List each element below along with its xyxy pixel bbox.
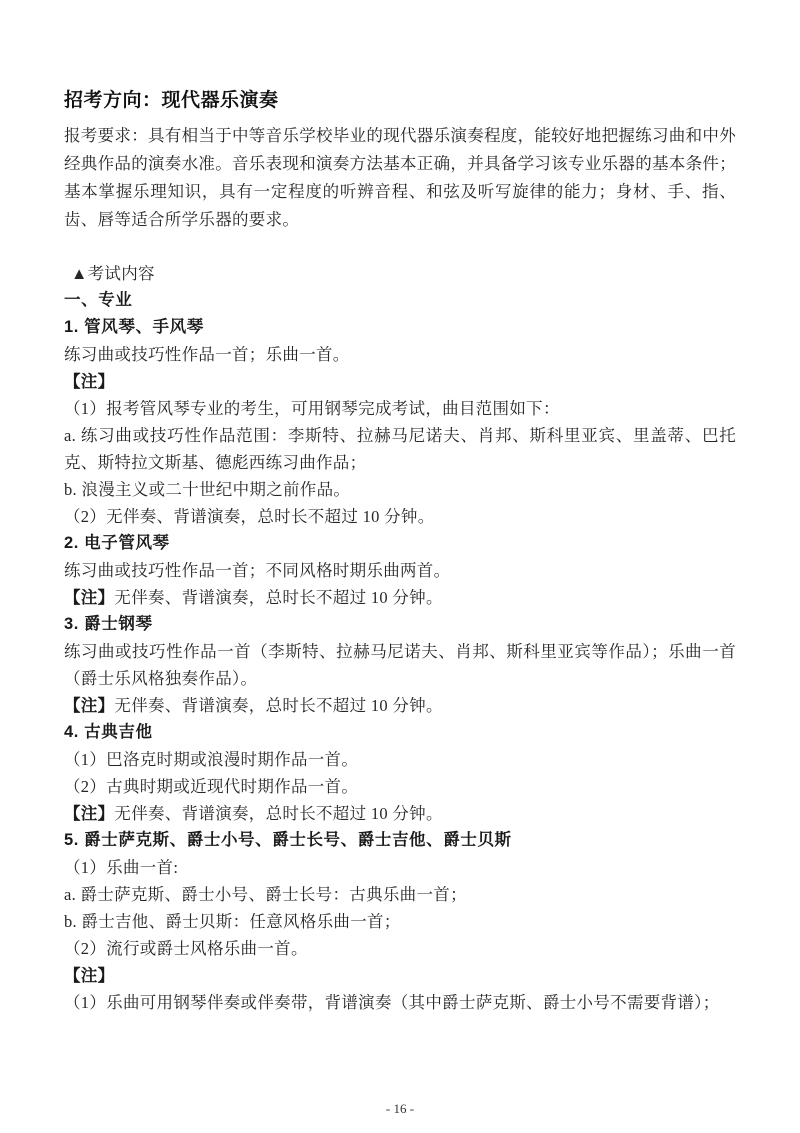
document-content: 招考方向：现代器乐演奏 报考要求：具有相当于中等音乐学校毕业的现代器乐演奏程度，… [64,88,736,1016]
text-line: （2）无伴奏、背谱演奏，总时长不超过 10 分钟。 [64,503,736,530]
line-text: 5. 爵士萨克斯、爵士小号、爵士长号、爵士吉他、爵士贝斯 [64,831,512,849]
note-label: 【注】 [64,804,114,823]
text-line: （1）报考管风琴专业的考生，可用钢琴完成考试，曲目范围如下： [64,395,736,422]
document-page: 招考方向：现代器乐演奏 报考要求：具有相当于中等音乐学校毕业的现代器乐演奏程度，… [0,0,800,1133]
note-label: 【注】 [64,372,114,391]
line-text: 4. 古典吉他 [64,723,153,741]
line-text: （1）报考管风琴专业的考生，可用钢琴完成考试，曲目范围如下： [64,399,560,418]
text-line: 练习曲或技巧性作品一首（李斯特、拉赫马尼诺夫、肖邦、斯科里亚宾等作品）；乐曲一首… [64,638,736,692]
line-text: 练习曲或技巧性作品一首（李斯特、拉赫马尼诺夫、肖邦、斯科里亚宾等作品）；乐曲一首… [64,642,736,688]
page-number: - 16 - [0,1101,800,1117]
line-text: a. 爵士萨克斯、爵士小号、爵士长号：古典乐曲一首； [64,885,467,904]
heading-line: 1. 管风琴、手风琴 [64,314,736,341]
note-line: 【注】无伴奏、背谱演奏，总时长不超过 10 分钟。 [64,584,736,611]
note-line: 【注】 [64,368,736,395]
text-line: b. 浪漫主义或二十世纪中期之前作品。 [64,476,736,503]
line-text: 1. 管风琴、手风琴 [64,318,204,336]
text-line: （1）乐曲一首: [64,854,736,881]
line-text: 2. 电子管风琴 [64,534,170,552]
intro-paragraph: 报考要求：具有相当于中等音乐学校毕业的现代器乐演奏程度，能较好地把握练习曲和中外… [64,122,736,234]
line-text: ▲考试内容 [71,264,155,283]
heading-line: 2. 电子管风琴 [64,530,736,557]
line-text: 3. 爵士钢琴 [64,615,153,633]
line-text: （2）无伴奏、背谱演奏，总时长不超过 10 分钟。 [64,507,435,526]
document-lines: ▲考试内容一、专业1. 管风琴、手风琴练习曲或技巧性作品一首；乐曲一首。【注】（… [64,260,736,1016]
line-text: b. 爵士吉他、爵士贝斯：任意风格乐曲一首； [64,912,401,931]
line-text: 一、专业 [64,291,132,309]
line-text: b. 浪漫主义或二十世纪中期之前作品。 [64,480,350,499]
line-text: （2）流行或爵士风格乐曲一首。 [64,939,308,958]
text-line: （2）古典时期或近现代时期作品一首。 [64,773,736,800]
line-text: 无伴奏、背谱演奏，总时长不超过 10 分钟。 [114,696,442,715]
heading-line: 一、专业 [64,287,736,314]
text-line: b. 爵士吉他、爵士贝斯：任意风格乐曲一首； [64,908,736,935]
text-line: a. 爵士萨克斯、爵士小号、爵士长号：古典乐曲一首； [64,881,736,908]
section-marker-line: ▲考试内容 [64,260,736,287]
note-line: 【注】无伴奏、背谱演奏，总时长不超过 10 分钟。 [64,692,736,719]
page-title: 招考方向：现代器乐演奏 [64,88,736,114]
heading-line: 5. 爵士萨克斯、爵士小号、爵士长号、爵士吉他、爵士贝斯 [64,827,736,854]
note-line: 【注】无伴奏、背谱演奏，总时长不超过 10 分钟。 [64,800,736,827]
line-text: （1）乐曲一首: [64,858,178,877]
note-label: 【注】 [64,588,114,607]
note-label: 【注】 [64,696,114,715]
text-line: （1）巴洛克时期或浪漫时期作品一首。 [64,746,736,773]
line-text: （1）乐曲可用钢琴伴奏或伴奏带，背谱演奏（其中爵士萨克斯、爵士小号不需要背谱）； [64,993,720,1012]
note-line: 【注】 [64,962,736,989]
text-line: 练习曲或技巧性作品一首；不同风格时期乐曲两首。 [64,557,736,584]
text-line: 练习曲或技巧性作品一首；乐曲一首。 [64,341,736,368]
text-line: （2）流行或爵士风格乐曲一首。 [64,935,736,962]
text-line: a. 练习曲或技巧性作品范围：李斯特、拉赫马尼诺夫、肖邦、斯科里亚宾、里盖蒂、巴… [64,422,736,476]
line-text: （1）巴洛克时期或浪漫时期作品一首。 [64,750,358,769]
note-label: 【注】 [64,966,114,985]
line-text: 练习曲或技巧性作品一首；不同风格时期乐曲两首。 [64,561,450,580]
line-text: （2）古典时期或近现代时期作品一首。 [64,777,358,796]
heading-line: 4. 古典吉他 [64,719,736,746]
line-text: 无伴奏、背谱演奏，总时长不超过 10 分钟。 [114,588,442,607]
heading-line: 3. 爵士钢琴 [64,611,736,638]
line-text: 无伴奏、背谱演奏，总时长不超过 10 分钟。 [114,804,442,823]
line-text: a. 练习曲或技巧性作品范围：李斯特、拉赫马尼诺夫、肖邦、斯科里亚宾、里盖蒂、巴… [64,426,736,472]
text-line: （1）乐曲可用钢琴伴奏或伴奏带，背谱演奏（其中爵士萨克斯、爵士小号不需要背谱）； [64,989,736,1016]
line-text: 练习曲或技巧性作品一首；乐曲一首。 [64,345,350,364]
